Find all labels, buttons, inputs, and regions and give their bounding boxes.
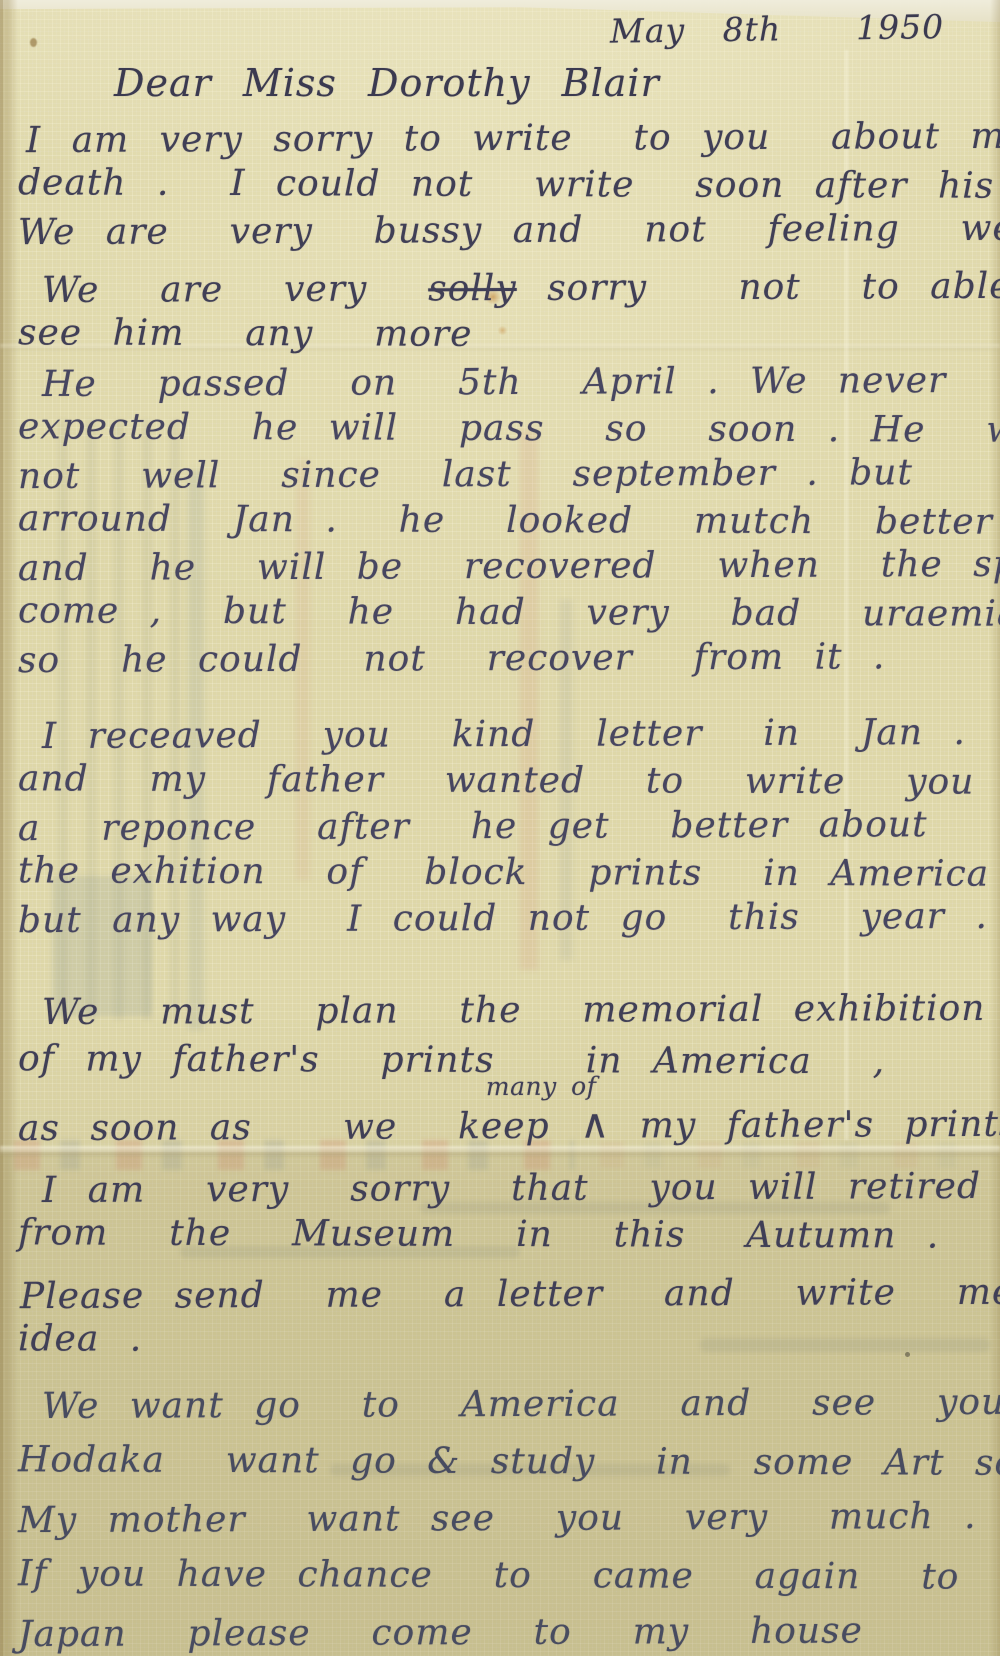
letter-body: I am very sorry to write to you about my… — [18, 116, 994, 1656]
text-segment: the exhition of block prints in America … — [18, 850, 1000, 895]
letter-line: expected he will pass so soon . He was — [18, 404, 994, 453]
letter-line: Japan please come to my house — [18, 1602, 994, 1656]
letter-line: We are very bussy and not feeling well . — [18, 206, 994, 256]
text-segment: He passed on 5th April . We never — [42, 360, 946, 405]
text-segment: so he could not recover from it . — [18, 636, 886, 681]
text-segment: Japan please come to my house — [18, 1610, 863, 1655]
inserted-text: many of — [486, 1074, 597, 1099]
letter-line: If you have chance to came again to — [18, 1545, 994, 1605]
letter-line: a reponce after he get better about — [18, 802, 994, 852]
text-segment: death . I could not write soon after his… — [18, 162, 1000, 207]
text-segment: a reponce after he get better about — [18, 804, 928, 849]
letter-line: see him any more — [18, 310, 994, 359]
text-segment: of my father's prints in America , — [18, 1038, 885, 1082]
text-segment: as soon as we keep — [18, 1106, 580, 1149]
text-segment: not well since last september . but — [18, 452, 913, 497]
paragraph: I receaved you kind letter in Jan .and m… — [18, 712, 994, 942]
paragraph: Please send me a letter and write me you… — [18, 1272, 994, 1364]
paragraph: We must plan the memorial exhibitionof m… — [18, 986, 994, 1150]
letter-line: My mother want see you very much . — [18, 1488, 994, 1549]
text-segment: If you have chance to came again to — [18, 1553, 960, 1597]
letter-line: arround Jan . he looked mutch better — [18, 496, 994, 545]
letter-line: but any way I could not go this year . — [18, 894, 994, 944]
letter-line: come , but he had very bad uraemia , — [18, 588, 994, 637]
text-segment: We want go to America and see you in the… — [42, 1381, 1000, 1427]
text-segment: idea . — [18, 1318, 142, 1359]
letter-line: as soon as we keep ∧ my father's printsm… — [18, 1098, 994, 1152]
insertion-caret: ∧ — [580, 1102, 609, 1148]
text-segment: my father's prints — [609, 1104, 1000, 1147]
text-segment: and he will be recovered when the spring — [18, 543, 1000, 589]
text-segment: I receaved you kind letter in Jan . — [42, 712, 966, 757]
text-segment: We are very bussy and not feeling well . — [18, 207, 1000, 253]
text-segment: I am very sorry to write to you about my… — [26, 115, 1000, 161]
text-segment: We are very — [42, 268, 428, 311]
text-segment: I am very sorry that you will retired — [42, 1166, 981, 1211]
letter-salutation: Dear Miss Dorothy Blair — [114, 60, 994, 106]
text-segment: see him any more — [18, 312, 473, 355]
letter-line: I am very sorry that you will retired — [18, 1164, 994, 1214]
letter-line: death . I could not write soon after his… — [18, 160, 994, 209]
letter-line: idea . — [18, 1316, 994, 1365]
text-segment: from the Museum in this Autumn . — [18, 1212, 939, 1256]
letter-line: We are very solly sorry not to able to — [18, 264, 994, 314]
text-segment: Hodaka want go & study in some Art schoo… — [18, 1439, 1000, 1484]
text-segment: Please send me a letter and write me you — [20, 1271, 1000, 1317]
struck-word: solly — [428, 268, 517, 309]
paragraph: He passed on 5th April . We neverexpecte… — [18, 360, 994, 682]
paragraph: I am very sorry that you will retiredfro… — [18, 1166, 994, 1258]
text-segment: My mother want see you very much . — [18, 1496, 977, 1541]
text-segment: expected he will pass so soon . He was — [18, 406, 1000, 451]
letter-line: Please send me a letter and write me you — [18, 1270, 994, 1320]
text-segment: We must plan the memorial exhibition — [42, 988, 986, 1033]
letter-line: and he will be recovered when the spring — [18, 542, 994, 592]
text-segment: arround Jan . he looked mutch better — [18, 498, 993, 542]
letter-line: I am very sorry to write to you about my… — [18, 114, 994, 164]
letter-line: the exhition of block prints in America … — [18, 848, 994, 897]
letter-line: He passed on 5th April . We never — [18, 358, 994, 408]
text-segment: but any way I could not go this year . — [18, 896, 988, 941]
letter-line: and my father wanted to write you — [18, 756, 994, 805]
paragraph: We want go to America and see you in the… — [18, 1376, 994, 1656]
paragraph: We are very solly sorry not to able tose… — [18, 266, 994, 358]
letter-line: not well since last september . but — [18, 450, 994, 500]
letter-line: We must plan the memorial exhibition — [18, 984, 994, 1038]
letter-scan: May 8th 1950 Dear Miss Dorothy Blair I a… — [18, 6, 994, 1656]
letter-date: May 8th 1950 — [610, 3, 995, 54]
letter-line: I receaved you kind letter in Jan . — [18, 710, 994, 760]
letter-line: so he could not recover from it . — [18, 634, 994, 684]
paragraph: I am very sorry to write to you about my… — [18, 116, 994, 254]
letter-line: Hodaka want go & study in some Art schoo… — [18, 1431, 994, 1491]
text-segment: sorry not to able to — [517, 265, 1000, 309]
letter-line: from the Museum in this Autumn . — [18, 1210, 994, 1259]
text-segment: come , but he had very bad uraemia , — [18, 590, 1000, 635]
text-segment: and my father wanted to write you — [18, 758, 975, 802]
letter-line: We want go to America and see you in the… — [18, 1374, 994, 1435]
